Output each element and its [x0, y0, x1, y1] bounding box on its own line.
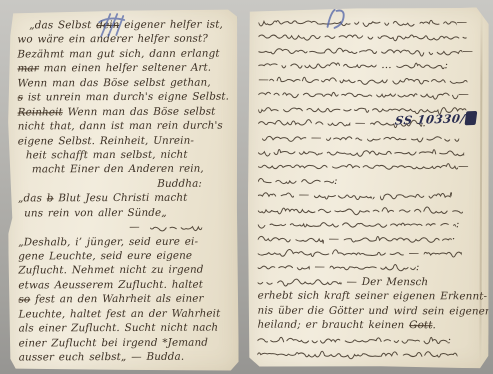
shorthand-stroke [258, 160, 458, 173]
text-segment: „das [18, 193, 47, 205]
handwritten-line: : [257, 332, 482, 347]
text-segment: eigener helfer ist, [119, 19, 223, 31]
text-segment: Leuchte, haltet fest an der Wahrheit [19, 307, 221, 320]
text-segment: eigene Selbst. Reinheit, Unrein- [18, 134, 194, 147]
struck-word: so [18, 294, 30, 306]
handwritten-line: Wenn man das Böse selbst gethan, [18, 75, 232, 90]
handwritten-line: macht Einer den Anderen rein, [18, 162, 232, 177]
manuscript-page-left: „das Selbst dein eigener helfer ist,wo w… [7, 9, 239, 371]
shorthand-stroke [258, 174, 334, 186]
handwritten-line: — [258, 159, 483, 174]
struck-word: dein [96, 19, 119, 31]
handwritten-line: eigene Selbst. Reinheit, Unrein- [18, 133, 232, 148]
text-segment: macht Einer den Anderen rein, [32, 163, 204, 176]
struck-shorthand-stroke [258, 189, 294, 201]
handwritten-line: etwas Aeusserem Zuflucht. haltet [18, 277, 232, 292]
text-segment: — [350, 117, 370, 129]
right-page-text: —— … :—— — . — —: — , : — · — — : — Der … [247, 7, 489, 369]
handwritten-line: „Deshalb, i’ jünger, seid eure ei- [18, 234, 232, 249]
shorthand-stroke [258, 88, 458, 101]
text-segment: nis über die Götter und wird sein eigene… [258, 304, 490, 317]
handwritten-line [259, 29, 484, 44]
text-segment: als einer Zuflucht. Sucht nicht nach [19, 322, 219, 335]
text-segment: fest an den Wahrheit als einer [30, 293, 203, 306]
struck-word: mar [17, 63, 38, 75]
handwritten-line: nicht that, dann ist man rein durch's [18, 119, 232, 134]
text-segment: ist unrein man durch's eigne Selbst. [23, 91, 229, 104]
handwritten-line: — [18, 220, 232, 235]
text-segment: uns rein von aller Sünde„ [24, 206, 167, 219]
struck-shorthand-stroke [326, 131, 362, 143]
text-segment: heit schafft man selbst, nicht [26, 149, 188, 162]
handwritten-line [257, 347, 482, 362]
text-segment: heiland; er braucht keinen [257, 319, 409, 332]
handwritten-line: — [258, 246, 483, 261]
text-segment: wo wäre ein anderer helfer sonst? [17, 33, 208, 46]
text-segment: erhebt sich kraft seiner eigenen Erkennt… [258, 290, 488, 303]
text-segment: Wenn man das Böse selbst gethan, [18, 76, 211, 89]
handwritten-line: als einer Zuflucht. Sucht nicht nach [19, 321, 233, 336]
text-segment: Bezähmt man gut sich, dann erlangt [17, 47, 219, 60]
text-segment: — [258, 73, 269, 85]
handwritten-line [257, 361, 482, 368]
text-segment: einer Zuflucht bei irgend *Jemand [19, 336, 208, 349]
shorthand-stroke [424, 247, 462, 259]
text-segment: nicht that, dann ist man rein durch's [18, 120, 223, 133]
shorthand-stroke [257, 333, 447, 346]
handwritten-line: heit schafft man selbst, nicht [18, 147, 232, 162]
text-segment: : [456, 218, 460, 230]
text-segment: „Deshalb, i’ jünger, seid eure ei- [18, 235, 198, 248]
archive-number-text: SS 10330/ [395, 111, 467, 127]
shorthand-stroke [258, 44, 462, 57]
handwritten-line: — [259, 15, 484, 30]
handwritten-line: s ist unrein man durch's eigne Selbst. [18, 90, 232, 105]
shorthand-stroke [258, 117, 350, 129]
handwritten-line [258, 202, 483, 217]
shorthand-stroke [259, 30, 467, 43]
text-segment: — Der Mensch [342, 276, 429, 288]
text-segment: „das Selbst [29, 19, 96, 31]
handwritten-line: heiland; er braucht keinen Gott. [257, 318, 482, 333]
handwritten-line: erhebt sich kraft seiner eigenen Erkennt… [258, 289, 483, 304]
handwritten-line: Buddha: [18, 176, 232, 191]
handwritten-line: … : [258, 58, 483, 73]
text-segment: . [432, 319, 435, 331]
shorthand-stroke [330, 261, 416, 273]
text-segment: — [310, 261, 330, 273]
handwritten-line: gene Leuchte, seid eure eigene [18, 249, 232, 264]
shorthand-stroke [314, 189, 372, 201]
struck-word: Reinheit [18, 106, 63, 118]
text-segment: — [404, 247, 424, 259]
handwritten-line: uns rein von aller Sünde„ [18, 205, 232, 220]
text-segment: man einen helfer seltener Art. [39, 62, 211, 75]
text-segment: — [129, 221, 150, 233]
handwritten-line: einer Zuflucht bei irgend *Jemand [19, 335, 233, 350]
handwritten-line: Leuchte, haltet fest an der Wahrheit [19, 306, 233, 321]
text-segment: etwas Aeusserem Zuflucht. haltet [18, 279, 203, 292]
handwritten-line: — Der Mensch [258, 274, 483, 289]
handwritten-line: nis über die Götter und wird sein eigene… [258, 303, 483, 318]
text-segment: — [324, 232, 344, 244]
text-segment: — [462, 45, 473, 57]
archive-number-stamp: SS 10330/g [395, 111, 478, 128]
handwritten-line: Zuflucht. Nehmet nicht zu irgend [18, 263, 232, 278]
handwritten-line: — : [258, 260, 483, 275]
text-segment: — [458, 161, 469, 173]
shorthand-stroke [258, 59, 376, 71]
text-segment: — [458, 89, 469, 101]
shorthand-stroke [258, 203, 463, 216]
handwritten-line: ausser euch selbst„ — Budda. [19, 350, 233, 365]
shorthand-stroke [367, 131, 459, 143]
shorthand-stroke [258, 146, 464, 159]
text-segment: Blut Jesu Christi macht [54, 192, 188, 205]
text-segment: — [294, 189, 314, 201]
handwritten-line: Reinheit Wenn man das Böse selbst [18, 104, 232, 119]
shorthand-stroke [262, 131, 306, 143]
shorthand-stroke [150, 221, 202, 233]
text-segment: — [457, 16, 468, 28]
shorthand-stroke [258, 218, 456, 231]
handwritten-line: — [258, 87, 483, 102]
text-segment: Buddha: [157, 177, 202, 189]
text-segment: — [306, 131, 326, 143]
text-segment: : [447, 334, 451, 346]
text-segment: gene Leuchte, seid eure eigene [18, 250, 192, 263]
handwritten-line [258, 145, 483, 160]
handwritten-line: — [258, 130, 483, 145]
handwritten-line: „das b Blut Jesu Christi macht [18, 191, 232, 206]
left-page-text: „das Selbst dein eigener helfer ist,wo w… [7, 9, 239, 371]
manuscript-page-right: —— … :—— — . — —: — , : — · — — : — Der … [247, 7, 489, 369]
manuscript-photo: „das Selbst dein eigener helfer ist,wo w… [0, 0, 493, 374]
shorthand-stroke [257, 348, 457, 361]
shorthand-stroke [380, 189, 452, 201]
shorthand-stroke [269, 73, 467, 86]
handwritten-line: wo wäre ein anderer helfer sonst? [17, 32, 231, 47]
text-segment: · [452, 233, 455, 245]
handwritten-line: : [258, 173, 483, 188]
handwritten-line: — [258, 43, 483, 58]
handwritten-line: Bezähmt man gut sich, dann erlangt [17, 46, 231, 61]
handwritten-line: — · [258, 231, 483, 246]
shorthand-stroke [259, 16, 457, 29]
text-segment: : [445, 60, 449, 72]
handwritten-line: „das Selbst dein eigener helfer ist, [17, 18, 231, 33]
text-segment: … [376, 59, 396, 71]
handwritten-line: — [258, 72, 483, 87]
shorthand-stroke [258, 275, 342, 287]
text-segment: ausser euch selbst„ — Budda. [19, 351, 185, 364]
handwritten-line: : [258, 217, 483, 232]
text-segment: : [334, 175, 338, 187]
shorthand-stroke [257, 362, 409, 368]
shorthand-stroke [258, 247, 404, 260]
shorthand-stroke [258, 232, 324, 244]
shorthand-stroke [258, 261, 310, 273]
handwritten-line: so fest an den Wahrheit als einer [18, 292, 232, 307]
struck-word: Gott [409, 319, 432, 331]
text-segment: Zuflucht. Nehmet nicht zu irgend [18, 264, 203, 277]
handwritten-line: — , [258, 188, 483, 203]
text-segment: Wenn man das Böse selbst [63, 105, 216, 118]
handwritten-line: mar man einen helfer seltener Art. [17, 61, 231, 76]
text-segment: : [416, 262, 420, 274]
shorthand-stroke [397, 59, 445, 71]
shorthand-stroke [344, 232, 452, 244]
